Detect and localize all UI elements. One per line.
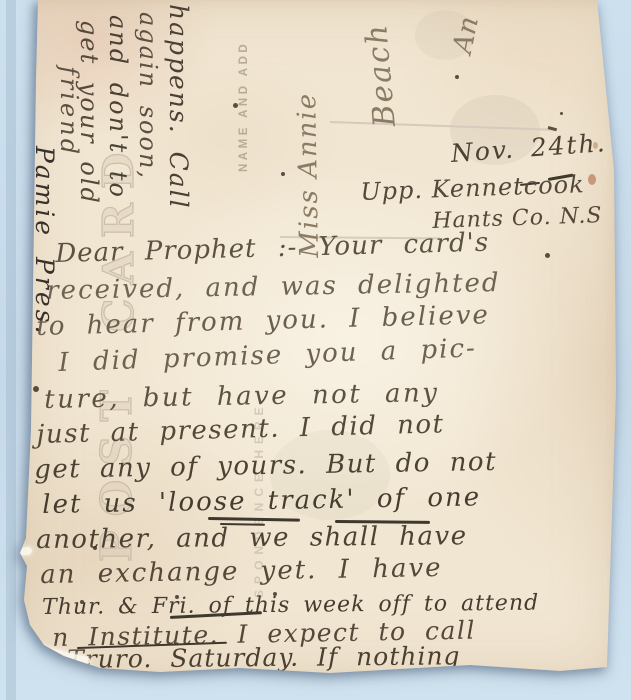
margin-note-column: happens. Call (165, 4, 192, 256)
message-line: an exchange yet. I have (40, 554, 443, 589)
rust-stain (588, 174, 596, 185)
ink-speck (281, 172, 285, 176)
message-line: let us 'loose track' of one (42, 483, 481, 519)
ink-speck (455, 75, 459, 79)
message-line: I did promise you a pic- (58, 334, 477, 377)
address-line-2: Beach (357, 0, 403, 128)
message-line: ture, but have not any (44, 379, 440, 414)
postcard-scan: POST CARD NAME AND ADD SPONDENCE HERE Mi… (0, 0, 631, 700)
ink-speck (545, 253, 550, 258)
ink-dash (548, 126, 557, 131)
ink-speck (175, 595, 179, 599)
ink-speck (560, 112, 563, 115)
address-line-3: An (448, 0, 494, 56)
message-line: received, and was delighted (46, 269, 501, 305)
ink-speck (80, 600, 84, 604)
margin-note-column: Pamie Pres. (31, 146, 58, 438)
address-line-1: Miss Annie (291, 0, 324, 258)
ink-speck (93, 546, 97, 550)
tear-highlight (19, 546, 32, 556)
place-line-1: Upp. Kennetcook (360, 172, 585, 206)
ink-speck (233, 103, 238, 108)
message-line: get any of yours. But do not (34, 448, 497, 484)
margin-note-column: and don't to (104, 15, 130, 249)
ink-speck (273, 592, 277, 596)
postcard: POST CARD NAME AND ADD SPONDENCE HERE Mi… (20, 0, 616, 678)
ink-speck (33, 386, 39, 392)
rust-stain (593, 142, 598, 149)
postcard-shadow-wrap: POST CARD NAME AND ADD SPONDENCE HERE Mi… (0, 0, 631, 700)
message-line: another, and we shall have (36, 522, 468, 554)
printed-name-address-label: NAME AND ADD (238, 0, 250, 172)
margin-note-column: again soon, (134, 12, 160, 242)
